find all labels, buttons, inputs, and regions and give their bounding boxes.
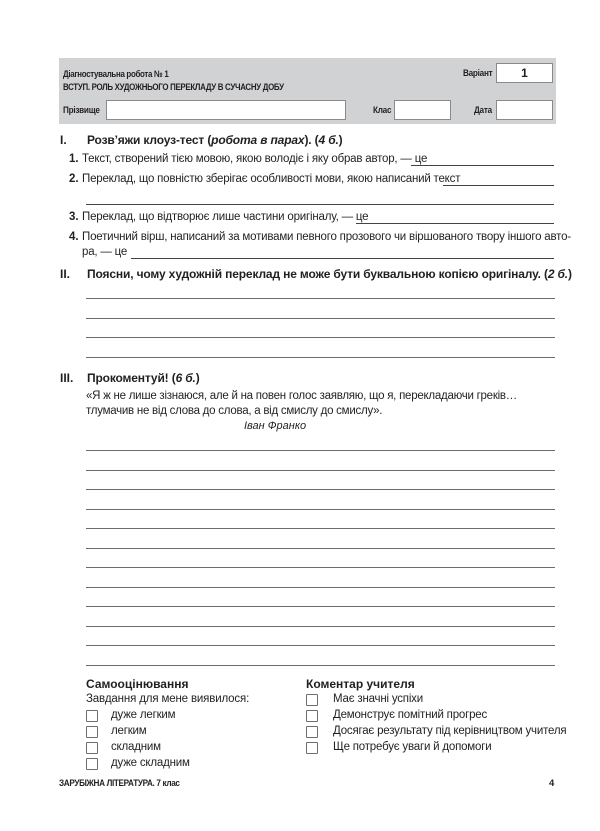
task-2-answer-line[interactable] bbox=[86, 318, 555, 319]
item-1-text: Текст, створений тією мовою, якою володі… bbox=[82, 153, 427, 165]
checkbox-icon[interactable] bbox=[306, 710, 318, 722]
class-label: Клас bbox=[373, 105, 391, 116]
teacher-comment-option-label: Демонструє помітний прогрес bbox=[333, 709, 487, 721]
item-3-text: Переклад, що відтворює лише частини ориг… bbox=[82, 211, 368, 223]
date-label: Дата bbox=[474, 105, 492, 116]
task-3-answer-line[interactable] bbox=[86, 606, 555, 607]
task-2-title: Поясни, чому художній переклад не може б… bbox=[87, 267, 572, 281]
item-4-text-cont: ра, — це bbox=[82, 246, 127, 258]
task-3-answer-line[interactable] bbox=[86, 645, 555, 646]
self-assessment-option-label: дуже складним bbox=[111, 757, 190, 769]
worksheet-header: Діагностувальна робота № 1 ВСТУП. РОЛЬ Х… bbox=[59, 58, 556, 124]
checkbox-icon[interactable] bbox=[86, 742, 98, 754]
item-1-answer-line[interactable] bbox=[411, 165, 554, 166]
surname-field[interactable] bbox=[106, 100, 346, 120]
variant-field[interactable]: 1 bbox=[496, 63, 553, 83]
task-1-title-italic: робота в парах bbox=[211, 133, 304, 147]
task-2-numeral: II. bbox=[60, 267, 70, 281]
task-3-answer-line[interactable] bbox=[86, 626, 555, 627]
teacher-comment-title: Коментар учителя bbox=[306, 677, 415, 691]
task-3-answer-line[interactable] bbox=[86, 470, 555, 471]
checkbox-icon[interactable] bbox=[306, 742, 318, 754]
checkbox-icon[interactable] bbox=[306, 726, 318, 738]
teacher-comment-option-4[interactable] bbox=[306, 741, 318, 755]
checkbox-icon[interactable] bbox=[86, 758, 98, 770]
checkbox-icon[interactable] bbox=[306, 694, 318, 706]
self-assessment-option-3[interactable] bbox=[86, 741, 98, 755]
task-3-answer-line[interactable] bbox=[86, 489, 555, 490]
item-2-answer-line-2[interactable] bbox=[86, 204, 554, 205]
task-2-close: ) bbox=[568, 267, 572, 281]
task-2-answer-line[interactable] bbox=[86, 337, 555, 338]
item-4-answer-line[interactable] bbox=[131, 258, 554, 259]
task-3-points: 6 б. bbox=[176, 371, 196, 385]
task-3-numeral: III. bbox=[60, 371, 73, 385]
self-assessment-option-label: дуже легким bbox=[111, 709, 175, 721]
item-4-number: 4. bbox=[69, 231, 79, 243]
date-field[interactable] bbox=[496, 100, 553, 120]
footer-subject: ЗАРУБІЖНА ЛІТЕРАТУРА. 7 клас bbox=[59, 778, 180, 789]
teacher-comment-option-label: Має значні успіхи bbox=[333, 693, 423, 705]
surname-label: Прізвище bbox=[63, 105, 100, 116]
task-3-title-text: Прокоментуй! ( bbox=[87, 371, 176, 385]
item-3-answer-line[interactable] bbox=[356, 223, 554, 224]
task-1-title-text: Розв’яжи клоуз-тест ( bbox=[87, 133, 211, 147]
task-3-answer-line[interactable] bbox=[86, 548, 555, 549]
checkbox-icon[interactable] bbox=[86, 710, 98, 722]
task-2-answer-line[interactable] bbox=[86, 357, 555, 358]
item-2-answer-line[interactable] bbox=[443, 185, 554, 186]
teacher-comment-option-3[interactable] bbox=[306, 725, 318, 739]
task-3-answer-line[interactable] bbox=[86, 450, 555, 451]
task-3-answer-line[interactable] bbox=[86, 528, 555, 529]
self-assessment-option-label: легким bbox=[111, 725, 146, 737]
item-1-number: 1. bbox=[69, 153, 79, 165]
quote-text: «Я ж не лише зізнаюся, але й на повен го… bbox=[86, 389, 558, 419]
teacher-comment-option-label: Ще потребує уваги й допомоги bbox=[333, 741, 491, 753]
task-3-close: ) bbox=[196, 371, 200, 385]
task-2-title-text: Поясни, чому художній переклад не може б… bbox=[87, 267, 548, 281]
task-3-answer-line[interactable] bbox=[86, 567, 555, 568]
task-3-answer-line[interactable] bbox=[86, 509, 555, 510]
variant-label: Варіант bbox=[463, 68, 492, 79]
task-1-title-end: ). ( bbox=[304, 133, 318, 147]
self-assessment-title: Самооцінювання bbox=[86, 677, 188, 691]
worksheet-topic: ВСТУП. РОЛЬ ХУДОЖНЬОГО ПЕРЕКЛАДУ В СУЧАС… bbox=[63, 82, 284, 92]
self-assessment-subtitle: Завдання для мене виявилося: bbox=[86, 693, 249, 705]
teacher-comment-option-2[interactable] bbox=[306, 709, 318, 723]
task-3-title: Прокоментуй! (6 б.) bbox=[87, 371, 200, 385]
task-1-points: 4 б. bbox=[319, 133, 339, 147]
item-2-number: 2. bbox=[69, 173, 79, 185]
task-1-title: Розв’яжи клоуз-тест (робота в парах). (4… bbox=[87, 133, 343, 147]
checkbox-icon[interactable] bbox=[86, 726, 98, 738]
task-3-answer-line[interactable] bbox=[86, 587, 555, 588]
self-assessment-option-label: складним bbox=[111, 741, 161, 753]
self-assessment-option-2[interactable] bbox=[86, 725, 98, 739]
page-number: 4 bbox=[549, 778, 554, 789]
teacher-comment-option-1[interactable] bbox=[306, 693, 318, 707]
task-2-answer-line[interactable] bbox=[86, 298, 555, 299]
task-1-numeral: I. bbox=[60, 133, 67, 147]
task-3-answer-line[interactable] bbox=[86, 665, 555, 666]
item-2-text: Переклад, що повністю зберігає особливос… bbox=[82, 173, 460, 185]
quote-author: Іван Франко bbox=[244, 420, 306, 432]
class-field[interactable] bbox=[394, 100, 451, 120]
item-3-number: 3. bbox=[69, 211, 79, 223]
self-assessment-option-4[interactable] bbox=[86, 757, 98, 771]
worksheet-number: Діагностувальна робота № 1 bbox=[63, 69, 168, 79]
task-2-points: 2 б. bbox=[548, 267, 568, 281]
teacher-comment-option-label: Досягає результату під керівництвом учит… bbox=[333, 725, 566, 737]
task-1-close: ) bbox=[339, 133, 343, 147]
item-4-text: Поетичний вірш, написаний за мотивами пе… bbox=[82, 231, 571, 243]
self-assessment-option-1[interactable] bbox=[86, 709, 98, 723]
